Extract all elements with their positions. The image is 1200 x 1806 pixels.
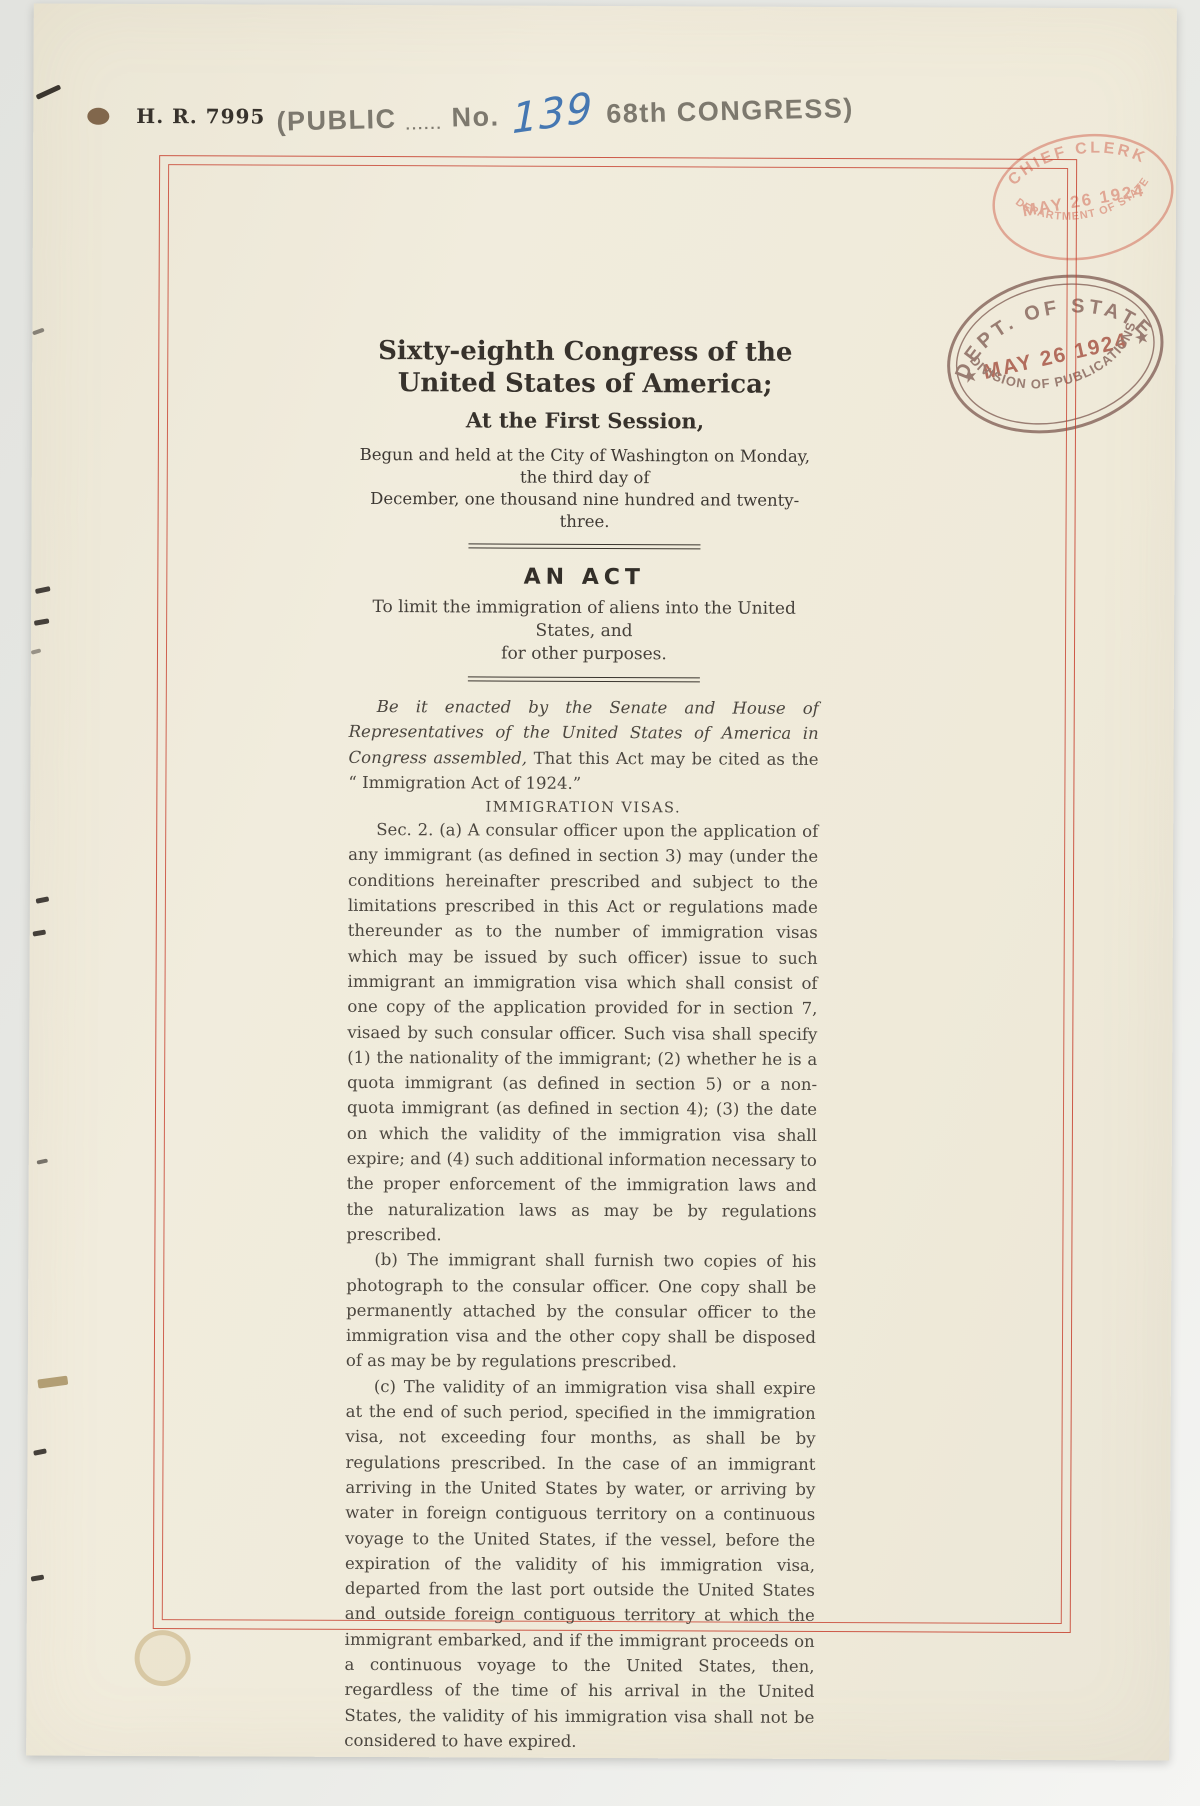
public-law-stamp-open: (PUBLIC xyxy=(276,104,397,138)
handwritten-law-number: 139 xyxy=(512,83,594,143)
double-rule-divider xyxy=(468,543,700,549)
public-law-stamp-dots: ...... xyxy=(405,116,443,138)
ink-spot xyxy=(87,108,109,125)
stain-ring xyxy=(134,1630,190,1686)
enacting-clause: Be it enacted by the Senate and House of… xyxy=(348,694,818,797)
binding-mark xyxy=(34,618,50,625)
section-heading-immigration-visas: IMMIGRATION VISAS. xyxy=(348,799,818,817)
binding-mark xyxy=(36,1158,48,1164)
binding-mark xyxy=(32,328,45,336)
binding-mark xyxy=(32,929,46,936)
congress-heading: Sixty-eighth Congress of the United Stat… xyxy=(350,335,820,401)
binding-mark xyxy=(36,84,62,99)
tape-mark xyxy=(37,1376,68,1389)
public-law-stamp-no-label: No. xyxy=(451,101,500,133)
document-body: Sixty-eighth Congress of the United Stat… xyxy=(344,335,820,1755)
binding-mark xyxy=(35,586,51,594)
binding-mark xyxy=(36,896,50,904)
binding-mark xyxy=(33,1448,47,1456)
act-purpose: To limit the immigration of aliens into … xyxy=(349,596,819,667)
binding-mark xyxy=(31,1574,45,1581)
act-purpose-line1: To limit the immigration of aliens into … xyxy=(372,597,795,641)
paragraph-sec2c: (c) The validity of an immigration visa … xyxy=(344,1374,816,1756)
binding-mark xyxy=(31,648,42,654)
paragraph-sec2a: Sec. 2. (a) A consular officer upon the … xyxy=(346,817,818,1249)
act-purpose-line2: for other purposes. xyxy=(501,644,667,665)
document-page: H. R. 7995 (PUBLIC......No. 139 68th CON… xyxy=(26,4,1177,1761)
convening-statement-line2: December, one thousand nine hundred and … xyxy=(370,489,799,531)
public-law-stamp: (PUBLIC......No. 139 68th CONGRESS) xyxy=(276,79,854,141)
sec2-label: Sec. 2. xyxy=(376,820,433,839)
act-title: AN ACT xyxy=(349,564,819,591)
double-rule-divider xyxy=(468,676,700,682)
convening-statement-line1: Begun and held at the City of Washington… xyxy=(360,445,811,487)
public-law-stamp-congress: 68th CONGRESS) xyxy=(606,93,854,130)
session-heading: At the First Session, xyxy=(350,407,820,434)
convening-statement: Begun and held at the City of Washington… xyxy=(350,444,820,534)
paragraph-sec2a-text: (a) A consular officer upon the applicat… xyxy=(346,820,818,1244)
paragraph-sec2b: (b) The immigrant shall furnish two copi… xyxy=(346,1247,817,1376)
bill-number: H. R. 7995 xyxy=(136,104,265,129)
